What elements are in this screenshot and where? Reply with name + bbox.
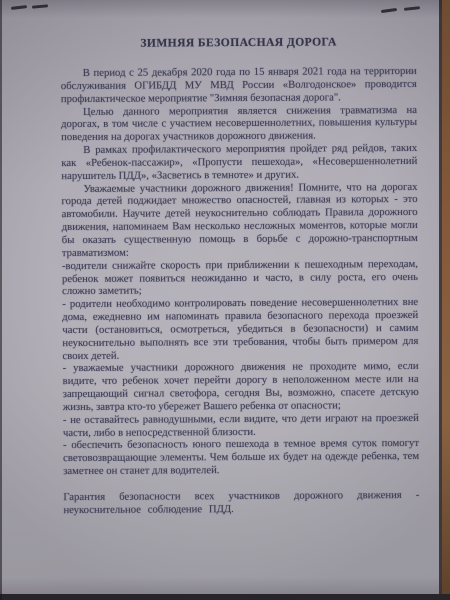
- document-paragraph: - уважаемые участники дорожного движения…: [63, 360, 419, 414]
- document-paragraph: - не оставайтесь равнодушными, если види…: [63, 412, 419, 440]
- photo-left-shadow: [0, 0, 2, 600]
- document-paragraph: В период с 25 декабря 2020 года по 15 ян…: [61, 65, 417, 106]
- document-paragraph: - обеспечить безопасность юного пешехода…: [63, 437, 419, 478]
- document-content: ЗИМНЯЯ БЕЗОПАСНАЯ ДОРОГА В период с 25 д…: [61, 35, 420, 517]
- document-photo: ЗИМНЯЯ БЕЗОПАСНАЯ ДОРОГА В период с 25 д…: [0, 0, 450, 600]
- document-paragraph: Целью данного мероприятия является сниже…: [61, 103, 417, 144]
- document-paragraphs: В период с 25 декабря 2020 года по 15 ян…: [61, 65, 420, 517]
- photo-bottom-shadow: [0, 594, 450, 600]
- document-title: ЗИМНЯЯ БЕЗОПАСНАЯ ДОРОГА: [61, 35, 417, 50]
- document-paragraph: Гарантия безопасности всех участников до…: [63, 489, 419, 517]
- document-paragraph: Уважаемые участники дорожного движения! …: [61, 181, 417, 260]
- document-paragraph: - родители необходимо контролировать пов…: [62, 296, 418, 362]
- document-paragraph: В рамках профилактического мероприятия п…: [61, 142, 417, 183]
- document-paragraph: -водители снижайте скорость при приближе…: [62, 258, 418, 299]
- table-surface-edge: [442, 0, 450, 600]
